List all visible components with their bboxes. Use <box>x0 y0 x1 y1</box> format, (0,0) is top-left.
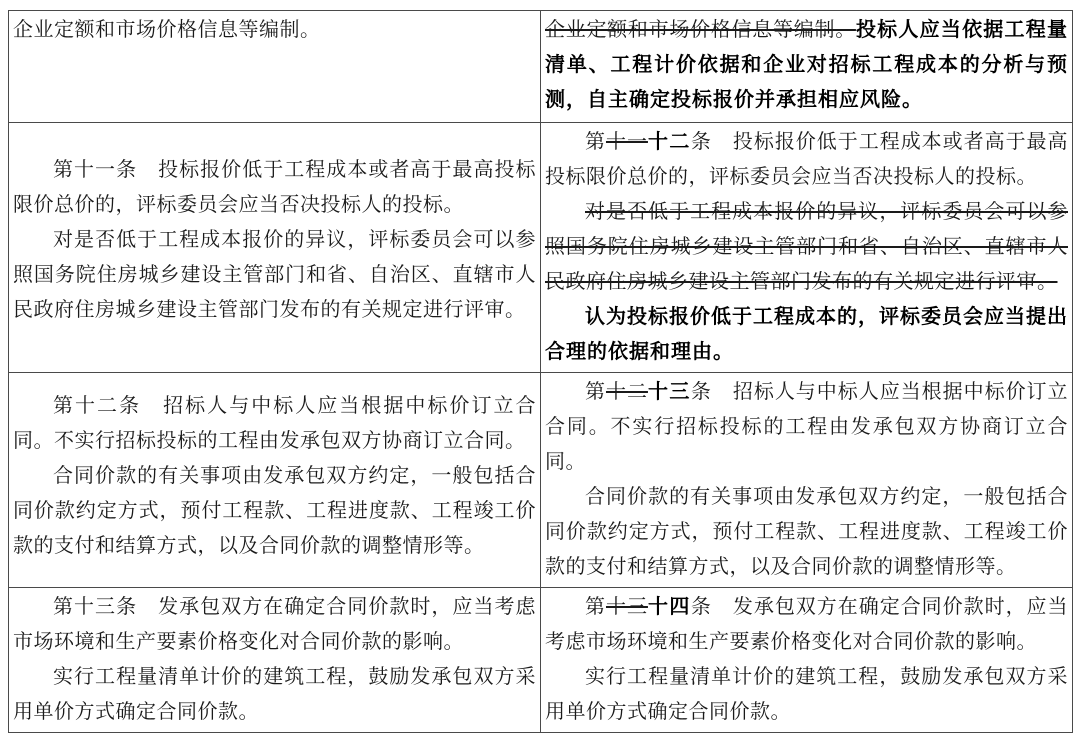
cell-original-text: 第十一条 投标报价低于工程成本或者高于最高投标限价总价的，评标委员会应当否决投标… <box>9 123 541 373</box>
text-segment-normal: 合同价款的有关事项由发承包双方约定，一般包括合同价款约定方式，预付工程款、工程进… <box>545 486 1068 578</box>
cell-revised-text: 企业定额和市场价格信息等编制。投标人应当依据工程量清单、工程计价依据和企业对招标… <box>541 11 1073 123</box>
text-segment-normal: 第十一条 投标报价低于工程成本或者高于最高投标限价总价的，评标委员会应当否决投标… <box>13 159 536 216</box>
text-segment-bold: 认为投标报价低于工程成本的，评标委员会应当提出合理的依据和理由。 <box>545 306 1068 363</box>
paragraph: 合同价款的有关事项由发承包双方约定，一般包括合同价款约定方式，预付工程款、工程进… <box>545 480 1068 585</box>
paragraph: 第十一条 投标报价低于工程成本或者高于最高投标限价总价的，评标委员会应当否决投标… <box>13 153 536 223</box>
table-row: 第十三条 发承包双方在确定合同价款时，应当考虑市场环境和生产要素价格变化对合同价… <box>9 588 1073 732</box>
table-row: 第十二条 招标人与中标人应当根据中标价订立合同。不实行招标投标的工程由发承包双方… <box>9 373 1073 588</box>
table-row: 第十一条 投标报价低于工程成本或者高于最高投标限价总价的，评标委员会应当否决投标… <box>9 123 1073 373</box>
paragraph: 认为投标报价低于工程成本的，评标委员会应当提出合理的依据和理由。 <box>545 300 1068 370</box>
paragraph: 对是否低于工程成本报价的异议，评标委员会可以参照国务院住房城乡建设主管部门和省、… <box>545 195 1068 300</box>
text-segment-strike: 企业定额和市场价格信息等编制。 <box>545 19 856 41</box>
text-segment-strike: 十一 <box>606 131 648 153</box>
cell-revised-text: 第十一十二条 投标报价低于工程成本或者高于最高投标限价总价的，评标委员会应当否决… <box>541 123 1073 373</box>
paragraph: 对是否低于工程成本报价的异议，评标委员会可以参照国务院住房城乡建设主管部门和省、… <box>13 223 536 328</box>
comparison-table-body: 企业定额和市场价格信息等编制。企业定额和市场价格信息等编制。投标人应当依据工程量… <box>9 11 1073 732</box>
paragraph: 第十一十二条 投标报价低于工程成本或者高于最高投标限价总价的，评标委员会应当否决… <box>545 125 1068 195</box>
comparison-table: 企业定额和市场价格信息等编制。企业定额和市场价格信息等编制。投标人应当依据工程量… <box>8 10 1073 731</box>
text-segment-normal: 第 <box>585 596 606 618</box>
cell-original-text: 第十二条 招标人与中标人应当根据中标价订立合同。不实行招标投标的工程由发承包双方… <box>9 373 541 588</box>
text-segment-bold: 十二 <box>648 131 691 153</box>
text-segment-normal: 第十二条 招标人与中标人应当根据中标价订立合同。不实行招标投标的工程由发承包双方… <box>13 395 536 452</box>
text-segment-normal: 合同价款的有关事项由发承包双方约定，一般包括合同价款约定方式，预付工程款、工程进… <box>13 465 536 557</box>
cell-revised-text: 第十三十四条 发承包双方在确定合同价款时，应当考虑市场环境和生产要素价格变化对合… <box>541 588 1073 732</box>
text-segment-normal: 对是否低于工程成本报价的异议，评标委员会可以参照国务院住房城乡建设主管部门和省、… <box>13 229 536 321</box>
paragraph: 合同价款的有关事项由发承包双方约定，一般包括合同价款约定方式，预付工程款、工程进… <box>13 459 536 564</box>
text-segment-strike: 对是否低于工程成本报价的异议，评标委员会可以参照国务院住房城乡建设主管部门和省、… <box>545 201 1068 293</box>
paragraph: 企业定额和市场价格信息等编制。投标人应当依据工程量清单、工程计价依据和企业对招标… <box>545 13 1068 118</box>
paragraph: 实行工程量清单计价的建筑工程，鼓励发承包双方采用单价方式确定合同价款。 <box>545 660 1068 730</box>
paragraph: 企业定额和市场价格信息等编制。 <box>13 13 536 48</box>
text-segment-bold: 十三 <box>648 381 691 403</box>
paragraph: 第十三条 发承包双方在确定合同价款时，应当考虑市场环境和生产要素价格变化对合同价… <box>13 590 536 660</box>
cell-original-text: 第十三条 发承包双方在确定合同价款时，应当考虑市场环境和生产要素价格变化对合同价… <box>9 588 541 732</box>
paragraph: 第十三十四条 发承包双方在确定合同价款时，应当考虑市场环境和生产要素价格变化对合… <box>545 590 1068 660</box>
text-segment-bold: 十四 <box>648 596 691 618</box>
text-segment-normal: 企业定额和市场价格信息等编制。 <box>13 19 321 41</box>
text-segment-normal: 实行工程量清单计价的建筑工程，鼓励发承包双方采用单价方式确定合同价款。 <box>13 666 536 723</box>
paragraph: 第十二条 招标人与中标人应当根据中标价订立合同。不实行招标投标的工程由发承包双方… <box>13 389 536 459</box>
cell-original-text: 企业定额和市场价格信息等编制。 <box>9 11 541 123</box>
paragraph: 第十二十三条 招标人与中标人应当根据中标价订立合同。不实行招标投标的工程由发承包… <box>545 375 1068 480</box>
text-segment-normal: 第十三条 发承包双方在确定合同价款时，应当考虑市场环境和生产要素价格变化对合同价… <box>13 596 536 653</box>
text-segment-normal: 第 <box>585 131 606 153</box>
text-segment-normal: 实行工程量清单计价的建筑工程，鼓励发承包双方采用单价方式确定合同价款。 <box>545 666 1068 723</box>
text-segment-normal: 第 <box>585 381 606 403</box>
document-page: 企业定额和市场价格信息等编制。企业定额和市场价格信息等编制。投标人应当依据工程量… <box>8 10 1072 731</box>
text-segment-strike: 十三 <box>606 596 648 618</box>
table-row: 企业定额和市场价格信息等编制。企业定额和市场价格信息等编制。投标人应当依据工程量… <box>9 11 1073 123</box>
text-segment-strike: 十二 <box>606 381 648 403</box>
paragraph: 实行工程量清单计价的建筑工程，鼓励发承包双方采用单价方式确定合同价款。 <box>13 660 536 730</box>
cell-revised-text: 第十二十三条 招标人与中标人应当根据中标价订立合同。不实行招标投标的工程由发承包… <box>541 373 1073 588</box>
